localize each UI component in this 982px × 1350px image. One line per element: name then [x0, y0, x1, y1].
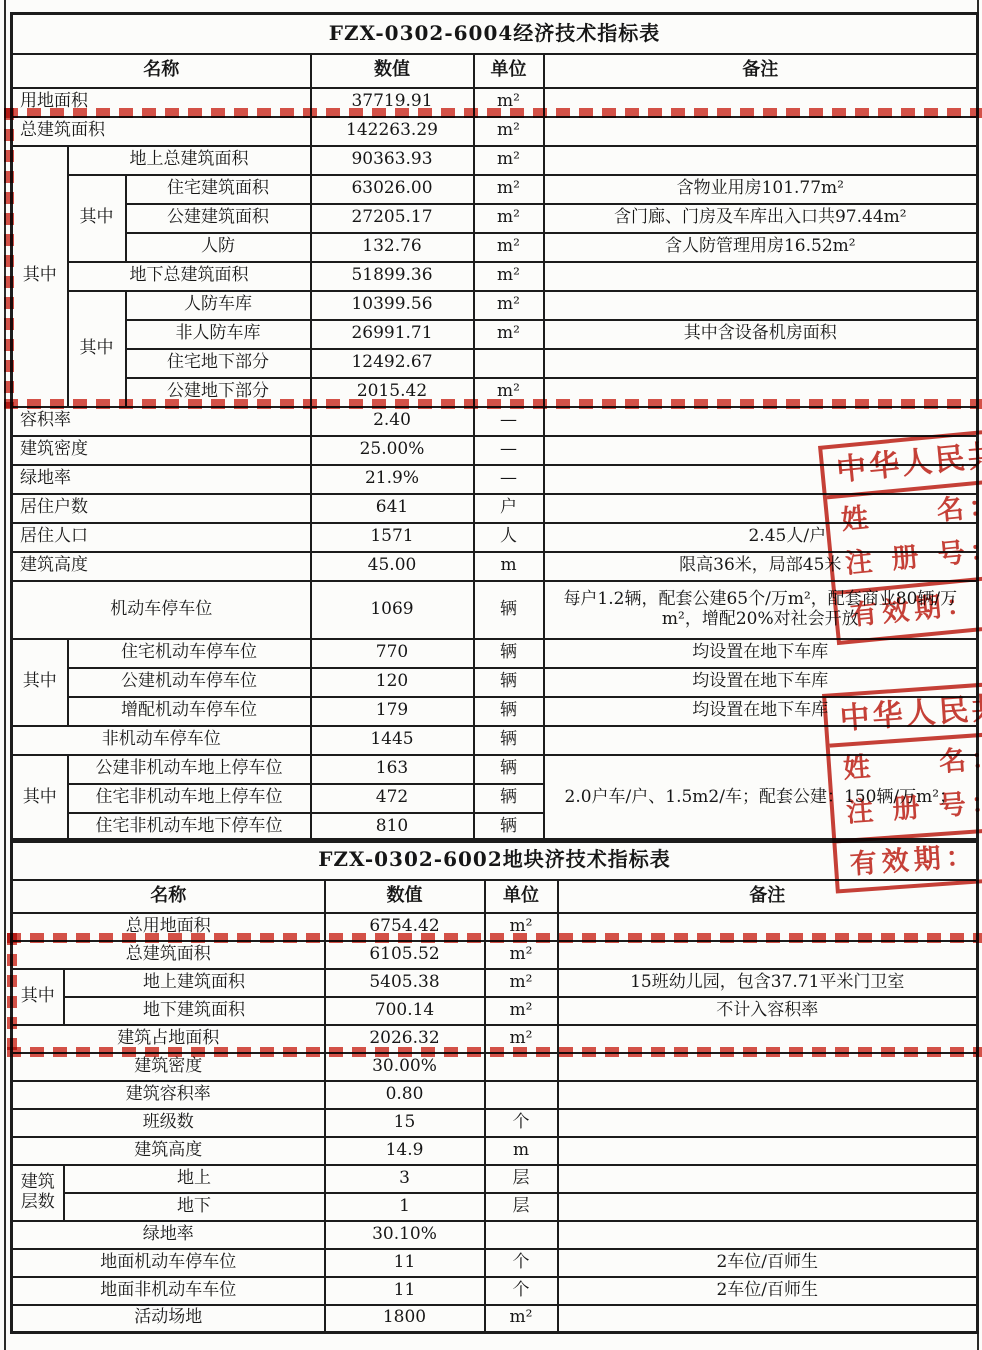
t2-r11-remark [558, 1221, 978, 1249]
t1-r17-value: 1069 [311, 581, 474, 639]
t1-r9-unit [474, 349, 544, 378]
t1-r1-unit: m² [474, 117, 544, 146]
table-row: 其中 住宅建筑面积 63026.00 m² 含物业用房101.77m² [12, 175, 978, 204]
t1-r15-value: 1571 [311, 523, 474, 552]
table-row: 建筑高度 14.9 m [12, 1137, 978, 1165]
t2-r12-unit: 个 [485, 1249, 558, 1277]
t2-r1-remark [558, 941, 978, 969]
t2-r10-name: 地下 [64, 1193, 325, 1221]
stamp-regno-label: 注 册 号： [845, 787, 982, 829]
t1-group1b-label: 其中 [68, 291, 126, 407]
t1-r5-value: 132.76 [311, 233, 474, 262]
table-row: 其中 地上总建筑面积 90363.93 m² [12, 146, 978, 175]
table-fzx-0302-6002: FZX-0302-6002地块济技术指标表 名称 数值 单位 备注 总用地面积 … [10, 838, 979, 1334]
t1-r18-unit: 辆 [474, 639, 544, 668]
t2-r2-remark: 15班幼儿园，包含37.71平米门卫室 [558, 969, 978, 997]
red-dashed-box2-bottom [7, 1047, 982, 1057]
t1-r22-unit: 辆 [474, 755, 544, 784]
table-row: 总建筑面积 142263.29 m² [12, 117, 978, 146]
t1-r1-name: 总建筑面积 [12, 117, 311, 146]
t1-title: FZX-0302-6004经济技术指标表 [12, 14, 978, 54]
t1-r6-remark [544, 262, 978, 291]
t1-r5-remark: 含人防管理用房16.52m² [544, 233, 978, 262]
t2-r14-name: 活动场地 [12, 1305, 325, 1333]
table-row: 活动场地 1800 m² [12, 1305, 978, 1333]
t2-r1-unit: m² [485, 941, 558, 969]
t2-r14-remark [558, 1305, 978, 1333]
t1-r17-unit: 辆 [474, 581, 544, 639]
stamp-regno-label: 注 册 号： [844, 534, 982, 580]
t1-r19-name: 公建机动车停车位 [68, 668, 311, 697]
t1-r16-value: 45.00 [311, 552, 474, 581]
table-row: 非人防车库 26991.71 m² 其中含设备机房面积 [12, 320, 978, 349]
t1-r8-name: 非人防车库 [126, 320, 311, 349]
t1-r7-remark [544, 291, 978, 320]
t1-col-remark: 备注 [544, 54, 978, 88]
t1-r21-unit: 辆 [474, 726, 544, 755]
t2-r6-name: 建筑容积率 [12, 1081, 325, 1109]
t2-r3-value: 700.14 [325, 997, 485, 1025]
table-row: 绿地率 30.10% [12, 1221, 978, 1249]
registration-stamp-1: 中华人民共和国 姓 名： 注 册 号： 1 有效期： [818, 412, 982, 645]
table-row: 其中 人防车库 10399.56 m² [12, 291, 978, 320]
t1-r21-name: 非机动车停车位 [12, 726, 311, 755]
t1-r14-value: 641 [311, 494, 474, 523]
t1-r23-name: 住宅非机动车地上停车位 [68, 784, 311, 813]
t2-r6-value: 0.80 [325, 1081, 485, 1109]
t1-col-unit: 单位 [474, 54, 544, 88]
t1-r20-unit: 辆 [474, 697, 544, 726]
t2-r12-remark: 2车位/百师生 [558, 1249, 978, 1277]
t1-r1-remark [544, 117, 978, 146]
t2-r8-name: 建筑高度 [12, 1137, 325, 1165]
table-row: 其中 地上建筑面积 5405.38 m² 15班幼儿园，包含37.71平米门卫室 [12, 969, 978, 997]
t2-r8-remark [558, 1137, 978, 1165]
red-dashed-box2-top [7, 933, 982, 943]
t1-r20-value: 179 [311, 697, 474, 726]
t1-r3-remark: 含物业用房101.77m² [544, 175, 978, 204]
t2-r7-name: 班级数 [12, 1109, 325, 1137]
t1-r13-name: 绿地率 [12, 465, 311, 494]
t2-r13-remark: 2车位/百师生 [558, 1277, 978, 1305]
t1-r7-value: 10399.56 [311, 291, 474, 320]
t1-r5-unit: m² [474, 233, 544, 262]
t2-r14-unit: m² [485, 1305, 558, 1333]
t1-r8-remark: 其中含设备机房面积 [544, 320, 978, 349]
t2-r9-unit: 层 [485, 1165, 558, 1193]
t2-r13-value: 11 [325, 1277, 485, 1305]
t2-r1-value: 6105.52 [325, 941, 485, 969]
t1-r6-unit: m² [474, 262, 544, 291]
t2-r1-name: 总建筑面积 [12, 941, 325, 969]
t1-r8-value: 26991.71 [311, 320, 474, 349]
t1-group1-label: 其中 [12, 146, 68, 407]
t2-r7-remark [558, 1109, 978, 1137]
t1-r11-remark [544, 407, 978, 436]
red-dashed-box1-top [4, 108, 982, 118]
t1-r7-unit: m² [474, 291, 544, 320]
table-row: 地面机动车停车位 11 个 2车位/百师生 [12, 1249, 978, 1277]
t2-r12-name: 地面机动车停车位 [12, 1249, 325, 1277]
t1-r11-name: 容积率 [12, 407, 311, 436]
red-dashed-box2-left [7, 933, 17, 1055]
t1-r12-value: 25.00% [311, 436, 474, 465]
red-dashed-box1-left [4, 108, 14, 408]
t1-r4-unit: m² [474, 204, 544, 233]
t2-r9-remark [558, 1165, 978, 1193]
t1-r12-name: 建筑密度 [12, 436, 311, 465]
table-row: 地下 1 层 [12, 1193, 978, 1221]
t1-r2-remark [544, 146, 978, 175]
table-row: 地面非机动车车位 11 个 2车位/百师生 [12, 1277, 978, 1305]
t1-r19-unit: 辆 [474, 668, 544, 697]
table-row: 其中 住宅机动车停车位 770 辆 均设置在地下车库 [12, 639, 978, 668]
t1-r18-name: 住宅机动车停车位 [68, 639, 311, 668]
t1-r18-remark: 均设置在地下车库 [544, 639, 978, 668]
t1-r3-value: 63026.00 [311, 175, 474, 204]
t1-col-name: 名称 [12, 54, 311, 88]
t2-r8-unit: m [485, 1137, 558, 1165]
t1-r13-value: 21.9% [311, 465, 474, 494]
t2-col-unit: 单位 [485, 880, 558, 913]
t2-r2-unit: m² [485, 969, 558, 997]
table-row: 公建机动车停车位 120 辆 均设置在地下车库 [12, 668, 978, 697]
t1-r2-name: 地上总建筑面积 [68, 146, 311, 175]
t2-r7-value: 15 [325, 1109, 485, 1137]
t2-r6-remark [558, 1081, 978, 1109]
t1-r5-name: 人防 [126, 233, 311, 262]
table-row: 建筑容积率 0.80 [12, 1081, 978, 1109]
t1-r22-name: 公建非机动车地上停车位 [68, 755, 311, 784]
t2-r9-name: 地上 [64, 1165, 325, 1193]
t2-col-value: 数值 [325, 880, 485, 913]
t2-r3-name: 地下建筑面积 [64, 997, 325, 1025]
table-row: 班级数 15 个 [12, 1109, 978, 1137]
t2-r3-unit: m² [485, 997, 558, 1025]
table-row: 人防 132.76 m² 含人防管理用房16.52m² [12, 233, 978, 262]
table-row: 总建筑面积 6105.52 m² [12, 941, 978, 969]
t1-r17-name: 机动车停车位 [12, 581, 311, 639]
t1-r20-name: 增配机动车停车位 [68, 697, 311, 726]
t2-col-name: 名称 [12, 880, 325, 913]
table-row: 名称 数值 单位 备注 [12, 880, 978, 913]
t1-r15-name: 居住人口 [12, 523, 311, 552]
t1-r9-value: 12492.67 [311, 349, 474, 378]
t1-r23-value: 472 [311, 784, 474, 813]
scanned-document-page: { "page": { "bg": "#fcfcfa", "ink": "#1a… [0, 0, 982, 1350]
t2-r14-value: 1800 [325, 1305, 485, 1333]
table-row: 建筑层数 地上 3 层 [12, 1165, 978, 1193]
t1-r11-unit: — [474, 407, 544, 436]
registration-stamp-2: 中华人民共和国 姓 名： 注 册 号： 1 有效期： [822, 669, 982, 893]
t1-r6-name: 地下总建筑面积 [68, 262, 311, 291]
t1-r14-unit: 户 [474, 494, 544, 523]
t1-r12-unit: — [474, 436, 544, 465]
t1-r7-name: 人防车库 [126, 291, 311, 320]
t1-r18-value: 770 [311, 639, 474, 668]
t1-col-value: 数值 [311, 54, 474, 88]
t2-group2-label: 建筑层数 [12, 1165, 64, 1221]
t2-r13-unit: 个 [485, 1277, 558, 1305]
t2-r7-unit: 个 [485, 1109, 558, 1137]
t1-r15-unit: 人 [474, 523, 544, 552]
t1-r8-unit: m² [474, 320, 544, 349]
t2-r10-value: 1 [325, 1193, 485, 1221]
t1-r2-unit: m² [474, 146, 544, 175]
t1-r16-unit: m [474, 552, 544, 581]
t1-r1-value: 142263.29 [311, 117, 474, 146]
t1-r23-unit: 辆 [474, 784, 544, 813]
t1-r11-value: 2.40 [311, 407, 474, 436]
t2-r10-unit: 层 [485, 1193, 558, 1221]
table-row: 住宅地下部分 12492.67 [12, 349, 978, 378]
t1-r13-unit: — [474, 465, 544, 494]
t1-r16-name: 建筑高度 [12, 552, 311, 581]
t2-r2-name: 地上建筑面积 [64, 969, 325, 997]
t1-r19-value: 120 [311, 668, 474, 697]
t2-r2-value: 5405.38 [325, 969, 485, 997]
t1-r4-remark: 含门廊、门房及车库出入口共97.44m² [544, 204, 978, 233]
t1-r21-value: 1445 [311, 726, 474, 755]
t1-group3-label: 其中 [12, 755, 68, 842]
table-row: 名称 数值 单位 备注 [12, 54, 978, 88]
t1-r14-name: 居住户数 [12, 494, 311, 523]
t2-r3-remark: 不计入容积率 [558, 997, 978, 1025]
t2-r11-value: 30.10% [325, 1221, 485, 1249]
table-row: 地下建筑面积 700.14 m² 不计入容积率 [12, 997, 978, 1025]
table-row: FZX-0302-6004经济技术指标表 [12, 14, 978, 54]
t2-r9-value: 3 [325, 1165, 485, 1193]
t1-r4-name: 公建建筑面积 [126, 204, 311, 233]
t2-group1-label: 其中 [12, 969, 64, 1025]
t1-r22-value: 163 [311, 755, 474, 784]
table-row: 地下总建筑面积 51899.36 m² [12, 262, 978, 291]
table-row: 容积率 2.40 — [12, 407, 978, 436]
t1-group1a-label: 其中 [68, 175, 126, 262]
t1-r9-remark [544, 349, 978, 378]
t2-r13-name: 地面非机动车车位 [12, 1277, 325, 1305]
red-dashed-box1-bottom [4, 399, 982, 409]
t2-r6-unit [485, 1081, 558, 1109]
t2-r11-name: 绿地率 [12, 1221, 325, 1249]
t2-r10-remark [558, 1193, 978, 1221]
t2-r12-value: 11 [325, 1249, 485, 1277]
t1-r6-value: 51899.36 [311, 262, 474, 291]
t2-r8-value: 14.9 [325, 1137, 485, 1165]
t1-r2-value: 90363.93 [311, 146, 474, 175]
t1-r3-unit: m² [474, 175, 544, 204]
t2-r11-unit [485, 1221, 558, 1249]
t1-r9-name: 住宅地下部分 [126, 349, 311, 378]
table-row: 公建建筑面积 27205.17 m² 含门廊、门房及车库出入口共97.44m² [12, 204, 978, 233]
t1-group2-label: 其中 [12, 639, 68, 726]
t1-r3-name: 住宅建筑面积 [126, 175, 311, 204]
t1-r4-value: 27205.17 [311, 204, 474, 233]
